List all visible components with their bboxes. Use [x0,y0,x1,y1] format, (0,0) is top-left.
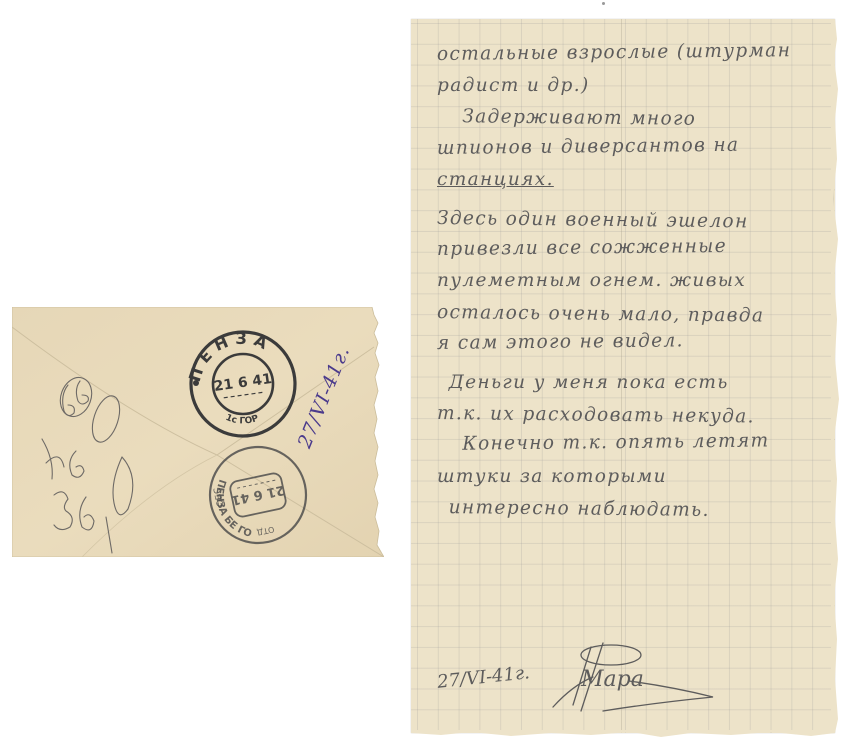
envelope-back: ПЕНЗА 21 6 41 1с ГОР 21 6 41 [12,307,384,557]
letter-line: станциях. [437,164,817,195]
letter-line: Конечно т.к. опять летят [437,425,817,460]
pencil-annotation [34,367,144,557]
svg-text:21 6 41: 21 6 41 [213,371,273,395]
letter-line: я сам этого не видел. [437,324,817,359]
letter-line: штуки за которыми [437,461,817,492]
torn-edge-bottom [411,730,835,738]
signature-date: 27/VI-41г. [436,662,531,693]
letter-line: пулеметным огнем. живых [437,265,817,296]
svg-text:ОТД: ОТД [256,524,275,536]
letter-line: шпионов и диверсантов на [437,129,817,164]
letter-line: привезли все сожженные [437,230,817,265]
svg-text:21 6 41: 21 6 41 [230,482,286,508]
letter-page: остальные взрослые (штурман радист и др.… [411,19,835,733]
postmark-penza-secondary: 21 6 41 ОТД ОБС ПЕНЗА БЕ ГОР [202,439,314,551]
letter-line: Деньги у меня пока есть [437,367,817,398]
letter-text: остальные взрослые (штурман радист и др.… [437,39,827,523]
dust-speck [602,2,605,5]
torn-edge-right [831,19,839,733]
signature-name: Мара [581,667,644,692]
letter-line: интересно наблюдать. [437,492,817,527]
signature-block: 27/VI-41г. Мара [433,641,733,721]
letter-line: радист и др.) [437,70,817,101]
letter-line: остальные взрослые (штурман [437,35,817,70]
